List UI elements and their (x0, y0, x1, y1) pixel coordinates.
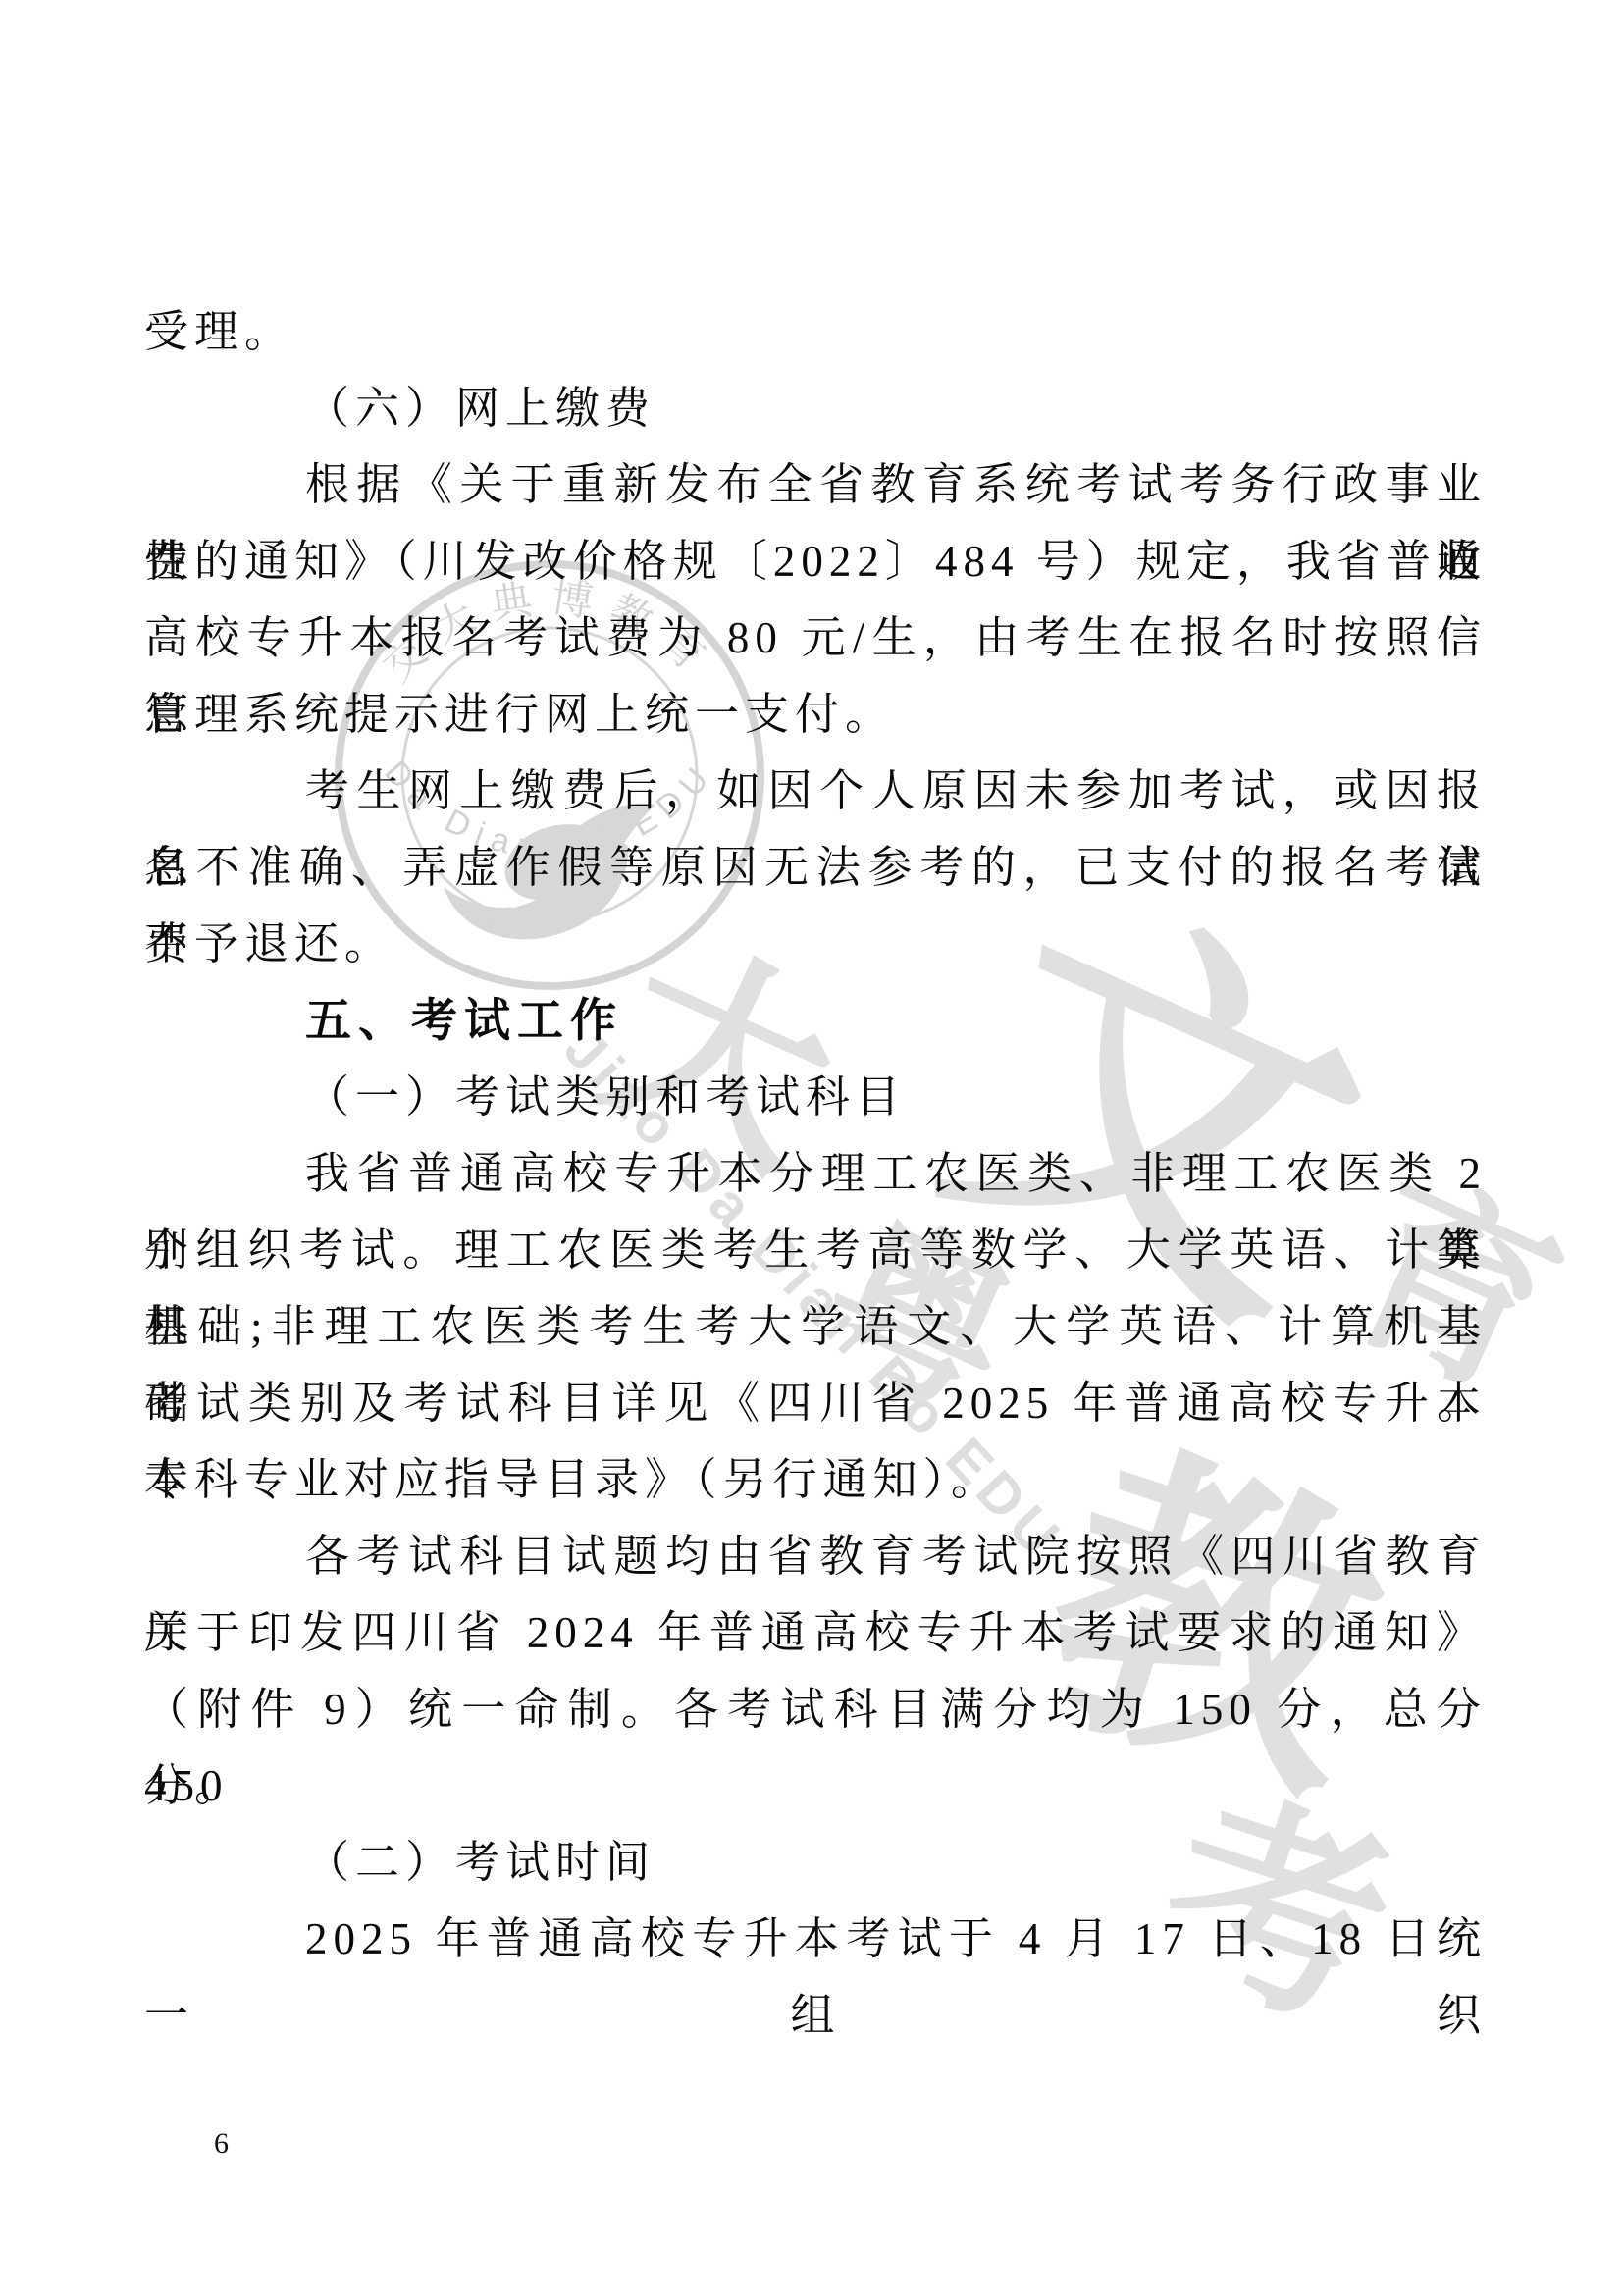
text-line: 我省普通高校专升本分理工农医类、非理工农医类 2 个类 (144, 1135, 1487, 1212)
section-heading: （二）考试时间 (144, 1824, 1487, 1901)
text-line: 不予退还。 (144, 906, 1487, 982)
section-heading: （一）考试类别和考试科目 (144, 1059, 1487, 1135)
text-line: 基础;非理工农医类考生考大学语文、大学英语、计算机基础。 (144, 1288, 1487, 1365)
text-line: 根据《关于重新发布全省教育系统考试考务行政事业性收 (144, 446, 1487, 523)
text-line: 分。 (144, 1747, 1487, 1824)
text-line: 别组织考试。理工农医类考生考高等数学、大学英语、计算机 (144, 1212, 1487, 1288)
text-line: 费的通知》（川发改价格规〔2022〕484 号）规定，我省普通 (144, 523, 1487, 600)
section-heading: （六）网上缴费 (144, 370, 1487, 446)
page-number: 6 (214, 2127, 229, 2161)
document-body: 受理。 （六）网上缴费 根据《关于重新发布全省教育系统考试考务行政事业性收 费的… (144, 293, 1487, 1977)
text-line: 考试类别及考试科目详见《四川省 2025 年普通高校专升本本 (144, 1365, 1487, 1441)
text-line: 息不准确、弄虚作假等原因无法参考的，已支付的报名考试费 (144, 829, 1487, 906)
text-line: 关于印发四川省 2024 年普通高校专升本考试要求的通知》 (144, 1594, 1487, 1671)
text-line: （附件 9）统一命制。各考试科目满分均为 150 分，总分 450 (144, 1671, 1487, 1747)
chapter-heading: 五、考试工作 (144, 982, 1487, 1059)
text-line: 高校专升本报名考试费为 80 元/生，由考生在报名时按照信息 (144, 600, 1487, 676)
text-line: 考生网上缴费后，如因个人原因未参加考试，或因报名信 (144, 753, 1487, 829)
text-line: 管理系统提示进行网上统一支付。 (144, 676, 1487, 753)
text-line: 各考试科目试题均由省教育考试院按照《四川省教育厅 (144, 1518, 1487, 1594)
text-line: 受理。 (144, 293, 1487, 370)
text-line: 2025 年普通高校专升本考试于 4 月 17 日、18 日统一组织 (144, 1901, 1487, 1977)
text-line: 专科专业对应指导目录》（另行通知）。 (144, 1441, 1487, 1518)
document-page: 交大典博教育 Da Dian Bo EDU Jiao Da Dian Bo ED… (0, 0, 1624, 2295)
